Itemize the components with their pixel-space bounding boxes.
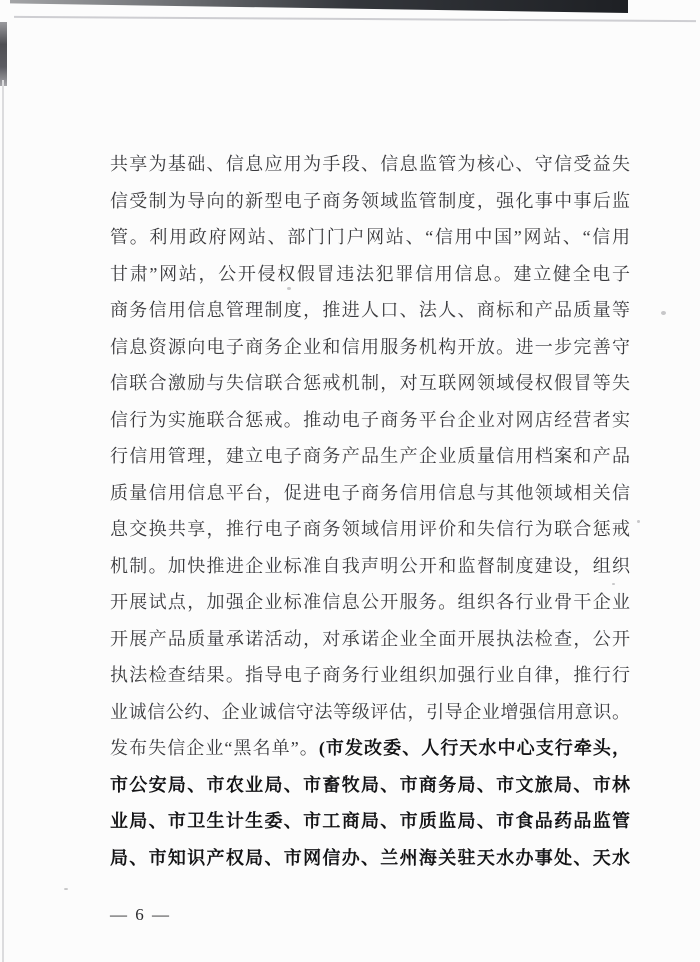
text-run: 商务信用信息管理制度，推进人口、法人、商标和产品质量等	[110, 300, 630, 320]
text-run: 机制。加快推进企业标准自我声明公开和监督制度建设，组织	[110, 556, 630, 576]
text-line: 业诚信公约、企业诚信守法等级评估，引导企业增强信用意识。	[110, 694, 630, 731]
text-run: 息交换共享，推行电子商务领域信用评价和失信行为联合惩戒	[110, 519, 630, 539]
text-run: 行信用管理，建立电子商务产品生产企业质量信用档案和产品	[110, 446, 630, 466]
text-run: 开展产品质量承诺活动，对承诺企业全面开展执法检查，公开	[110, 629, 630, 649]
text-line: 市公安局、市农业局、市畜牧局、市商务局、市文旅局、市林	[110, 767, 630, 804]
text-run: 甘肃”网站，公开侵权假冒违法犯罪信用信息。建立健全电子	[110, 264, 630, 284]
text-run: 执法检查结果。指导电子商务行业组织加强行业自律，推行行	[110, 665, 630, 685]
text-run: 信受制为导向的新型电子商务领域监管制度，强化事中事后监	[110, 191, 630, 211]
text-line: 发布失信企业“黑名单”。(市发改委、人行天水中心支行牵头，	[110, 730, 630, 767]
text-line: 执法检查结果。指导电子商务行业组织加强行业自律，推行行	[110, 657, 630, 694]
text-line: 开展产品质量承诺活动，对承诺企业全面开展执法检查，公开	[110, 621, 630, 658]
scan-speck	[661, 311, 666, 315]
text-line: 甘肃”网站，公开侵权假冒违法犯罪信用信息。建立健全电子	[110, 256, 630, 293]
document-body-text: 共享为基础、信息应用为手段、信息监管为核心、守信受益失信受制为导向的新型电子商务…	[110, 146, 630, 876]
text-run: 市公安局、市农业局、市畜牧局、市商务局、市文旅局、市林	[110, 775, 630, 795]
text-line: 信息资源向电子商务企业和信用服务机构开放。进一步完善守	[110, 329, 630, 366]
text-line: 行信用管理，建立电子商务产品生产企业质量信用档案和产品	[110, 438, 630, 475]
text-line: 开展试点，加强企业标准信息公开服务。组织各行业骨干企业	[110, 584, 630, 621]
scan-artifact-left-edge-shadow	[0, 22, 7, 86]
page-number: — 6 —	[110, 905, 171, 925]
scan-artifact-fold-line	[14, 16, 696, 22]
text-line: 信行为实施联合惩戒。推动电子商务平台企业对网店经营者实	[110, 402, 630, 439]
text-line: 业局、市卫生计生委、市工商局、市质监局、市食品药品监管	[110, 803, 630, 840]
scan-speck	[637, 520, 640, 523]
text-run: 信行为实施联合惩戒。推动电子商务平台企业对网店经营者实	[110, 410, 630, 430]
text-line: 管。利用政府网站、部门门户网站、“信用中国”网站、“信用	[110, 219, 630, 256]
text-line: 商务信用信息管理制度，推进人口、法人、商标和产品质量等	[110, 292, 630, 329]
text-run: 质量信用信息平台，促进电子商务信用信息与其他领域相关信	[110, 483, 630, 503]
text-run: 业诚信公约、企业诚信守法等级评估，引导企业增强信用意识。	[110, 702, 630, 722]
text-run: 信联合激励与失信联合惩戒机制，对互联网领域侵权假冒等失	[110, 373, 630, 393]
text-line: 信受制为导向的新型电子商务领域监管制度，强化事中事后监	[110, 183, 630, 220]
text-line: 信联合激励与失信联合惩戒机制，对互联网领域侵权假冒等失	[110, 365, 630, 402]
scan-artifact-page-edge-line	[2, 80, 4, 962]
scan-speck	[64, 888, 68, 890]
text-line: 息交换共享，推行电子商务领域信用评价和失信行为联合惩戒	[110, 511, 630, 548]
text-run: 开展试点，加强企业标准信息公开服务。组织各行业骨干企业	[110, 592, 630, 612]
text-line: 机制。加快推进企业标准自我声明公开和监督制度建设，组织	[110, 548, 630, 585]
text-line: 局、市知识产权局、市网信办、兰州海关驻天水办事处、天水	[110, 840, 630, 877]
scan-artifact-top-edge-shadow	[10, 0, 628, 13]
text-run: (市发改委、人行天水中心支行牵头，	[319, 738, 630, 758]
text-line: 质量信用信息平台，促进电子商务信用信息与其他领域相关信	[110, 475, 630, 512]
text-run: 业局、市卫生计生委、市工商局、市质监局、市食品药品监管	[110, 811, 630, 831]
text-line: 共享为基础、信息应用为手段、信息监管为核心、守信受益失	[110, 146, 630, 183]
text-run: 共享为基础、信息应用为手段、信息监管为核心、守信受益失	[110, 154, 630, 174]
scanned-page: 共享为基础、信息应用为手段、信息监管为核心、守信受益失信受制为导向的新型电子商务…	[0, 0, 700, 962]
text-run: 发布失信企业“黑名单”。	[110, 738, 319, 758]
text-run: 管。利用政府网站、部门门户网站、“信用中国”网站、“信用	[110, 227, 630, 247]
text-run: 局、市知识产权局、市网信办、兰州海关驻天水办事处、天水	[110, 848, 630, 868]
text-run: 信息资源向电子商务企业和信用服务机构开放。进一步完善守	[110, 337, 630, 357]
